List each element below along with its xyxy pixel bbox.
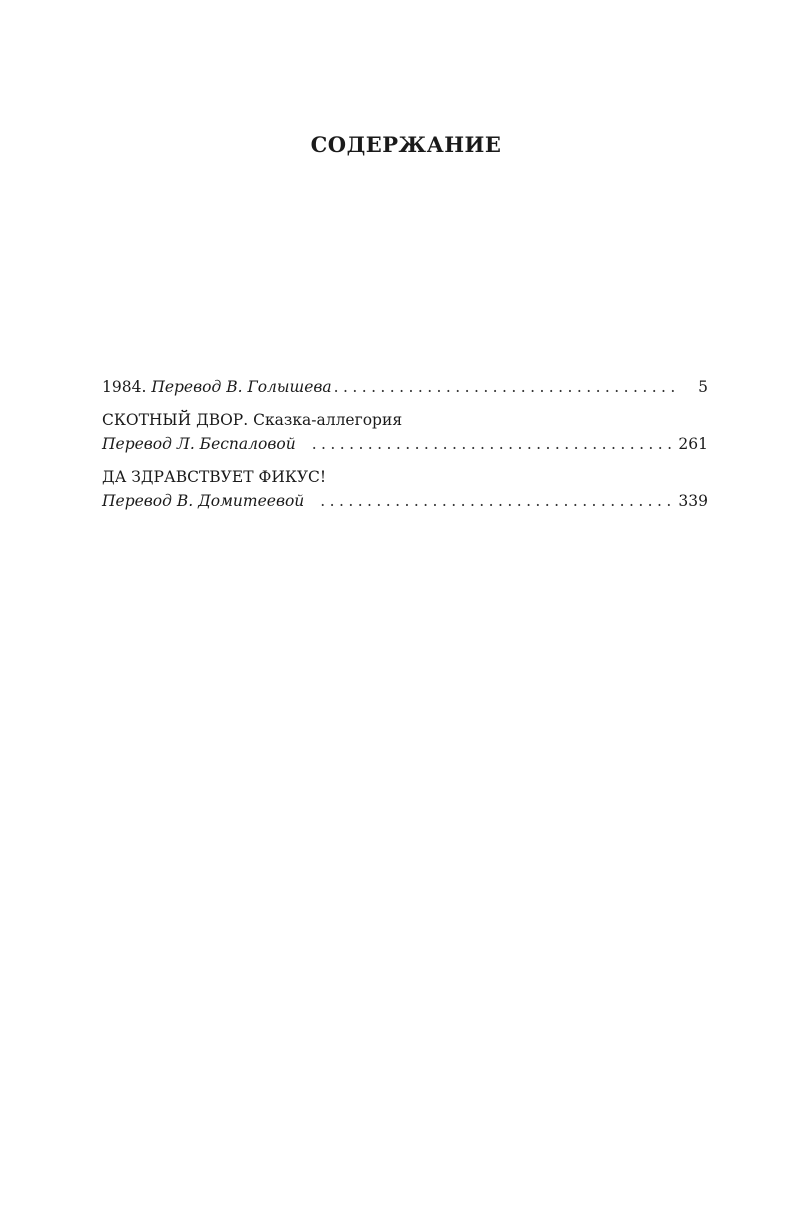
- dot-leader: [312, 432, 677, 456]
- toc-line: ДА ЗДРАВСТВУЕТ ФИКУС!: [102, 465, 708, 489]
- toc-entry-title: СКОТНЫЙ ДВОР. Сказка-аллегория: [102, 408, 402, 432]
- toc-line: Перевод В. Домитеевой 339: [102, 489, 708, 513]
- toc-line: Перевод Л. Беспаловой 261: [102, 432, 708, 456]
- toc-entry-keep-the-aspidistra-flying[interactable]: ДА ЗДРАВСТВУЕТ ФИКУС! Перевод В. Домитее…: [102, 465, 708, 513]
- toc-entry-translator: Перевод Л. Беспаловой: [102, 432, 296, 456]
- toc-entry-page-number: 5: [698, 375, 708, 399]
- toc-entry-title: 1984.: [102, 375, 146, 399]
- toc-line: 1984. Перевод В. Голышева 5: [102, 375, 708, 399]
- toc-entry-title: ДА ЗДРАВСТВУЕТ ФИКУС!: [102, 465, 326, 489]
- toc-line: СКОТНЫЙ ДВОР. Сказка-аллегория: [102, 408, 708, 432]
- dot-leader: [334, 375, 674, 399]
- page-title: СОДЕРЖАНИЕ: [0, 132, 800, 157]
- toc-entry-page-number: 339: [678, 489, 708, 513]
- toc-entry-page-number: 261: [678, 432, 708, 456]
- toc-entry-translator: Перевод В. Домитеевой: [102, 489, 304, 513]
- toc-entry-translator: Перевод В. Голышева: [151, 375, 331, 399]
- toc-entry-animal-farm[interactable]: СКОТНЫЙ ДВОР. Сказка-аллегория Перевод Л…: [102, 408, 708, 456]
- toc-entry-1984[interactable]: 1984. Перевод В. Голышева 5: [102, 375, 708, 399]
- dot-leader: [320, 489, 676, 513]
- table-of-contents: 1984. Перевод В. Голышева 5 СКОТНЫЙ ДВОР…: [102, 375, 708, 522]
